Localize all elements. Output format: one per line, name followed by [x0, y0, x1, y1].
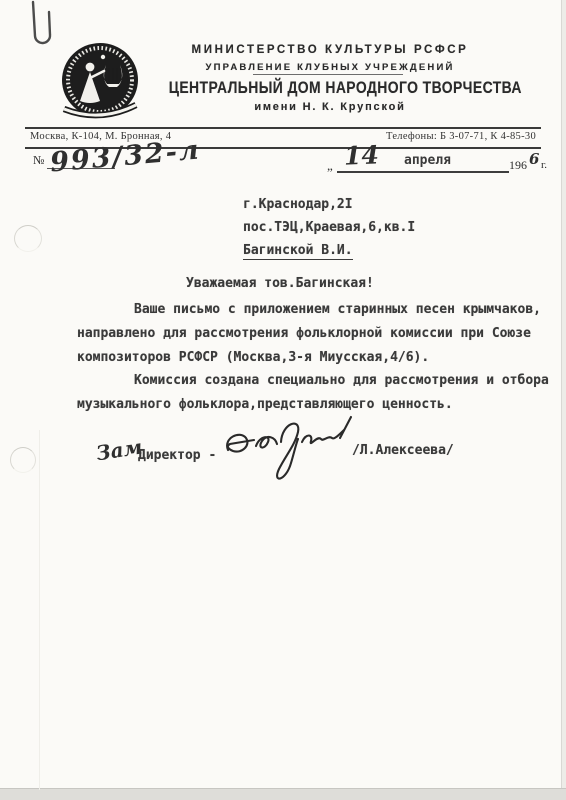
- recipient-city: г.Краснодар,2I: [243, 197, 353, 212]
- hole-punch-mark: [14, 225, 42, 252]
- hole-punch-mark: [10, 447, 36, 473]
- date-day-handwritten: 14: [344, 140, 380, 170]
- department-line: УПРАВЛЕНИЕ КЛУБНЫХ УЧРЕЖДЕНИЙ: [130, 62, 530, 73]
- organization-title: ЦЕНТРАЛЬНЫЙ ДОМ НАРОДНОГО ТВОРЧЕСТВА: [130, 78, 530, 98]
- ministry-line: МИНИСТЕРСТВО КУЛЬТУРЫ РСФСР: [130, 44, 530, 56]
- signature-role: Директор -: [138, 448, 216, 463]
- paper-crease: [39, 430, 40, 790]
- paperclip-icon: [24, 0, 58, 52]
- ref-number-label: №: [33, 153, 44, 168]
- date-month: апреля: [404, 153, 451, 168]
- recipient-name: Багинской В.И.: [243, 243, 353, 260]
- recipient-street: пос.ТЭЦ,Краевая,6,кв.I: [243, 220, 415, 235]
- scanned-letter-page: МИНИСТЕРСТВО КУЛЬТУРЫ РСФСР УПРАВЛЕНИЕ К…: [0, 0, 566, 800]
- letterhead-phones: Телефоны: Б 3-07-71, К 4-85-30: [386, 131, 536, 142]
- scan-edge-bottom: [0, 788, 566, 800]
- signature-typed-name: /Л.Алексеева/: [352, 443, 454, 458]
- date-year-handwritten: 6: [529, 150, 539, 168]
- named-after-line: имени Н. К. Крупской: [130, 101, 530, 113]
- scan-edge-right: [561, 0, 566, 789]
- body-line: Ваше письмо с приложением старинных песе…: [134, 302, 541, 317]
- body-line: направлено для рассмотрения фольклорной …: [77, 326, 531, 341]
- letterhead-rule-top: [25, 127, 541, 129]
- date-underline: [337, 171, 509, 173]
- salutation: Уважаемая тов.Багинская!: [186, 276, 374, 291]
- date-year-printed: 196: [509, 158, 527, 173]
- body-line: композиторов РСФСР (Москва,3-я Миусская,…: [77, 350, 429, 365]
- date-open-quote: „: [327, 158, 333, 174]
- body-line: Комиссия создана специально для рассмотр…: [134, 373, 549, 388]
- department-underline: [253, 74, 403, 75]
- date-year-suffix: г.: [541, 159, 547, 171]
